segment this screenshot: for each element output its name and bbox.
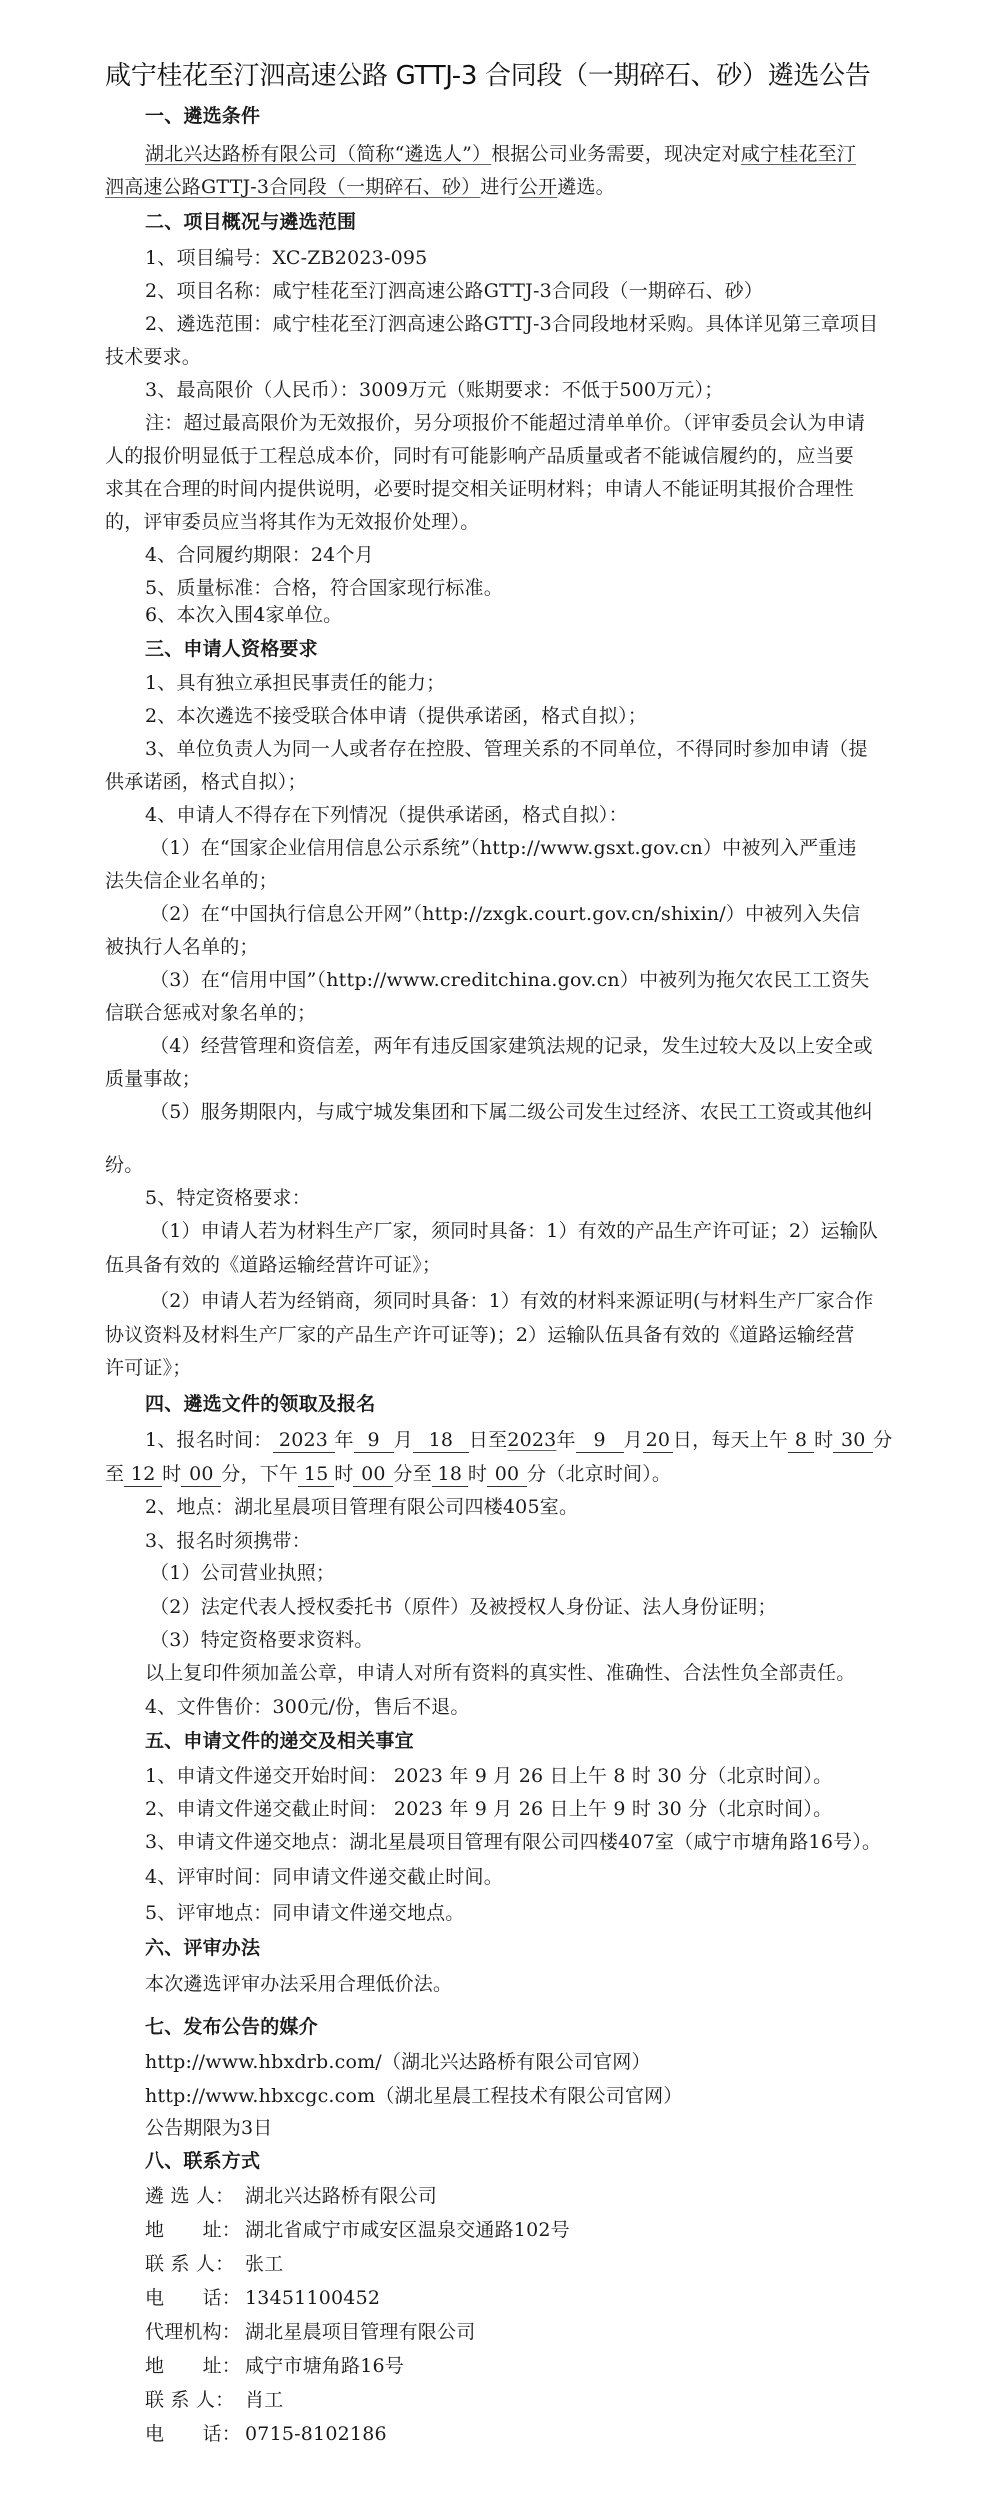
section-heading-6: 六、评审办法 bbox=[145, 1933, 945, 1963]
contact-row: 联 系 人：张工 bbox=[145, 2249, 945, 2279]
sub-item: （3）在“信用中国”（http://www.creditchina.gov.cn… bbox=[150, 965, 950, 995]
contact-value: 咸宁市塘角路16号 bbox=[245, 2355, 404, 2377]
blank-month: 9 bbox=[354, 1428, 394, 1453]
underlined-text: 湖北兴达路桥有限公司（简称“遴选人”） bbox=[145, 143, 491, 165]
sub-item: （4）经营管理和资信差，两年有违反国家建筑法规的记录，发生过较大及以上安全或 bbox=[150, 1031, 950, 1061]
text: 年 bbox=[335, 1429, 354, 1451]
contact-label: 地 址： bbox=[145, 2351, 245, 2381]
note-line: 人的报价明显低于工程总成本价，同时有可能影响产品质量或者不能诚信履约的，应当要 bbox=[105, 441, 905, 471]
sub-item-continued: 信联合惩戒对象名单的； bbox=[105, 998, 905, 1028]
blank-minute: 00 bbox=[353, 1462, 393, 1487]
text: 时 bbox=[814, 1429, 833, 1451]
contact-row: 电 话：0715-8102186 bbox=[145, 2419, 945, 2449]
contact-label: 地 址： bbox=[145, 2215, 245, 2245]
paragraph: 本次遴选评审办法采用合理低价法。 bbox=[145, 1969, 945, 1999]
blank-day: 20 bbox=[643, 1428, 673, 1453]
registration-time-line2: 至12时00分，下午15时00分至18时00分（北京时间）。 bbox=[105, 1459, 905, 1489]
list-item: 1、申请文件递交开始时间： 2023 年 9 月 26 日上午 8 时 30 分… bbox=[145, 1761, 945, 1791]
list-item: 2、遴选范围：咸宁桂花至汀泗高速公路GTTJ-3合同段地材采购。具体详见第三章项… bbox=[145, 309, 945, 339]
contact-label: 联 系 人： bbox=[145, 2385, 245, 2415]
text: 分至 bbox=[393, 1463, 431, 1485]
list-item: 4、文件售价：300元/份，售后不退。 bbox=[145, 1692, 945, 1722]
text: 遴选。 bbox=[557, 176, 615, 198]
contact-label: 电 话： bbox=[145, 2283, 245, 2313]
text: 分（北京时间）。 bbox=[527, 1463, 671, 1485]
note-line: 的，评审委员应当将其作为无效报价处理）。 bbox=[105, 507, 905, 537]
text: 根据公司业务需要，现决定对 bbox=[491, 143, 741, 165]
contact-value: 湖北星晨项目管理有限公司 bbox=[245, 2321, 475, 2343]
list-item: 5、特定资格要求： bbox=[145, 1183, 945, 1213]
blank-minute: 30 bbox=[833, 1428, 873, 1453]
list-item-continued: 技术要求。 bbox=[105, 342, 905, 372]
list-item: 1、项目编号：XC-ZB2023-095 bbox=[145, 243, 945, 273]
sub-item-continued: 被执行人名单的； bbox=[105, 932, 905, 962]
contact-row: 电 话：13451100452 bbox=[145, 2283, 945, 2313]
sub-item-continued: 许可证》； bbox=[105, 1353, 905, 1383]
text: 时 bbox=[468, 1463, 487, 1485]
text: 月 bbox=[624, 1429, 643, 1451]
list-item: 4、评审时间：同申请文件递交截止时间。 bbox=[145, 1862, 945, 1892]
list-item: 2、地点：湖北星晨项目管理有限公司四楼405室。 bbox=[145, 1492, 945, 1522]
text: 日至 bbox=[469, 1429, 507, 1451]
list-item-continued: 供承诺函，格式自拟）； bbox=[105, 767, 905, 797]
blank-hour: 15 bbox=[298, 1462, 334, 1487]
contact-label: 联 系 人： bbox=[145, 2249, 245, 2279]
text: 月 bbox=[394, 1429, 413, 1451]
media-link[interactable]: http://www.hbxcgc.com（湖北星晨工程技术有限公司官网） bbox=[145, 2081, 945, 2111]
list-item: 4、合同履约期限：24个月 bbox=[145, 540, 945, 570]
contact-value: 肖工 bbox=[245, 2389, 283, 2411]
sub-item: （3）特定资格要求资料。 bbox=[150, 1625, 950, 1655]
text: 日，每天上午 bbox=[673, 1429, 788, 1451]
list-item: 5、质量标准：合格，符合国家现行标准。 bbox=[145, 573, 945, 603]
blank-month: 9 bbox=[576, 1428, 624, 1453]
section-heading-7: 七、发布公告的媒介 bbox=[145, 2012, 945, 2042]
contact-row: 地 址：湖北省咸宁市咸安区温泉交通路102号 bbox=[145, 2215, 945, 2245]
text: 进行 bbox=[480, 176, 518, 198]
sub-item: （5）服务期限内，与咸宁城发集团和下属二级公司发生过经济、农民工工资或其他纠 bbox=[150, 1097, 950, 1127]
list-item: 5、评审地点：同申请文件递交地点。 bbox=[145, 1898, 945, 1928]
list-item: 2、本次遴选不接受联合体申请（提供承诺函，格式自拟）； bbox=[145, 701, 945, 731]
contact-value: 13451100452 bbox=[245, 2287, 380, 2309]
note-line: 求其在合理的时间内提供说明，必要时提交相关证明材料；申请人不能证明其报价合理性 bbox=[105, 474, 905, 504]
list-item: 3、报名时须携带： bbox=[145, 1526, 945, 1556]
blank-day: 18 bbox=[413, 1428, 469, 1453]
announcement-page: 咸宁桂花至汀泗高速公路 GTTJ-3 合同段（一期碎石、砂）遴选公告 一、遴选条… bbox=[0, 0, 1000, 2512]
list-item: 4、申请人不得存在下列情况（提供承诺函，格式自拟）： bbox=[145, 800, 945, 830]
note-line: 注：超过最高限价为无效报价，另分项报价不能超过清单单价。（评审委员会认为申请 bbox=[145, 408, 945, 438]
contact-label: 遴 选 人： bbox=[145, 2181, 245, 2211]
contact-value: 0715-8102186 bbox=[245, 2423, 387, 2445]
list-item: 3、最高限价（人民币）：3009万元（账期要求：不低于500万元）； bbox=[145, 375, 945, 405]
list-item: 2、申请文件递交截止时间： 2023 年 9 月 26 日上午 9 时 30 分… bbox=[145, 1794, 945, 1824]
paragraph-line: 泗高速公路GTTJ-3合同段（一期碎石、砂）进行公开遴选。 bbox=[105, 172, 905, 202]
sub-item-continued: 质量事故； bbox=[105, 1064, 905, 1094]
list-item: 2、项目名称：咸宁桂花至汀泗高速公路GTTJ-3合同段（一期碎石、砂） bbox=[145, 276, 945, 306]
sub-item-continued: 协议资料及材料生产厂家的产品生产许可证等)；2）运输队伍具备有效的《道路运输经营 bbox=[105, 1320, 905, 1350]
text: 1、报名时间： bbox=[145, 1429, 273, 1451]
sub-item-continued: 纷。 bbox=[105, 1150, 905, 1180]
text: 年 bbox=[556, 1429, 575, 1451]
blank-minute: 00 bbox=[487, 1462, 527, 1487]
note-line: 以上复印件须加盖公章，申请人对所有资料的真实性、准确性、合法性负全部责任。 bbox=[145, 1658, 945, 1688]
contact-value: 张工 bbox=[245, 2253, 283, 2275]
list-item: 6、本次入围4家单位。 bbox=[145, 600, 945, 630]
contact-value: 湖北省咸宁市咸安区温泉交通路102号 bbox=[245, 2219, 570, 2241]
blank-hour: 18 bbox=[432, 1462, 468, 1487]
contact-value: 湖北兴达路桥有限公司 bbox=[245, 2185, 437, 2207]
section-heading-4: 四、遴选文件的领取及报名 bbox=[145, 1389, 945, 1419]
sub-item: （2）在“中国执行信息公开网”（http://zxgk.court.gov.cn… bbox=[150, 899, 950, 929]
section-heading-1: 一、遴选条件 bbox=[145, 101, 945, 131]
sub-item: （1）在“国家企业信用信息公示系统”（http://www.gsxt.gov.c… bbox=[150, 833, 950, 863]
text: 分 bbox=[873, 1429, 892, 1451]
notice-period: 公告期限为3日 bbox=[145, 2113, 945, 2143]
contact-row: 遴 选 人：湖北兴达路桥有限公司 bbox=[145, 2181, 945, 2211]
contact-label: 代理机构： bbox=[145, 2317, 245, 2347]
section-heading-3: 三、申请人资格要求 bbox=[145, 634, 945, 664]
document-title: 咸宁桂花至汀泗高速公路 GTTJ-3 合同段（一期碎石、砂）遴选公告 bbox=[105, 58, 900, 94]
text: 时 bbox=[162, 1463, 181, 1485]
sub-item: （2）法定代表人授权委托书（原件）及被授权人身份证、法人身份证明； bbox=[150, 1592, 950, 1622]
list-item: 3、单位负责人为同一人或者存在控股、管理关系的不同单位，不得同时参加申请（提 bbox=[145, 734, 945, 764]
underlined-year: 2023 bbox=[507, 1429, 556, 1451]
sub-item: （1）公司营业执照； bbox=[150, 1558, 950, 1588]
sub-item-continued: 伍具备有效的《道路运输经营许可证》； bbox=[105, 1250, 905, 1280]
contact-row: 代理机构：湖北星晨项目管理有限公司 bbox=[145, 2317, 945, 2347]
sub-item-continued: 法失信企业名单的； bbox=[105, 866, 905, 896]
section-heading-8: 八、联系方式 bbox=[145, 2146, 945, 2176]
blank-year: 2023 bbox=[273, 1428, 335, 1453]
text: 至 bbox=[105, 1463, 124, 1485]
media-link[interactable]: http://www.hbxdrb.com/（湖北兴达路桥有限公司官网） bbox=[145, 2047, 945, 2077]
list-item: 3、申请文件递交地点：湖北星晨项目管理有限公司四楼407室（咸宁市塘角路16号）… bbox=[145, 1827, 945, 1857]
section-heading-5: 五、申请文件的递交及相关事宜 bbox=[145, 1726, 945, 1756]
list-item: 1、具有独立承担民事责任的能力； bbox=[145, 668, 945, 698]
contact-row: 地 址：咸宁市塘角路16号 bbox=[145, 2351, 945, 2381]
sub-item: （2）申请人若为经销商，须同时具备：1）有效的材料来源证明(与材料生产厂家合作 bbox=[150, 1286, 950, 1316]
underlined-text: 泗高速公路GTTJ-3合同段（一期碎石、砂） bbox=[105, 176, 480, 198]
contact-row: 联 系 人：肖工 bbox=[145, 2385, 945, 2415]
text: 分，下午 bbox=[221, 1463, 298, 1485]
blank-hour: 12 bbox=[124, 1462, 162, 1487]
registration-time-line1: 1、报名时间：2023年9月18日至2023年9月20日，每天上午8时30分 bbox=[145, 1425, 945, 1455]
blank-minute: 00 bbox=[181, 1462, 221, 1487]
contact-label: 电 话： bbox=[145, 2419, 245, 2449]
blank-hour: 8 bbox=[788, 1428, 814, 1453]
underlined-text: 咸宁桂花至汀 bbox=[741, 143, 856, 165]
sub-item: （1）申请人若为材料生产厂家，须同时具备：1）有效的产品生产许可证；2）运输队 bbox=[150, 1216, 950, 1246]
underlined-text: 公开 bbox=[519, 176, 557, 198]
paragraph-line: 湖北兴达路桥有限公司（简称“遴选人”）根据公司业务需要，现决定对咸宁桂花至汀 bbox=[145, 139, 945, 169]
section-heading-2: 二、项目概况与遴选范围 bbox=[145, 207, 945, 237]
text: 时 bbox=[334, 1463, 353, 1485]
